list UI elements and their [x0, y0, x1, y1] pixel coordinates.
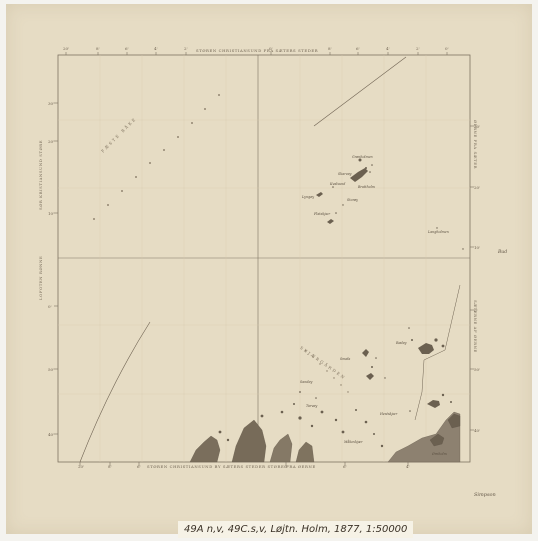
right-tick-label: 30'	[474, 124, 480, 129]
place-label: Grønholmen	[352, 155, 373, 159]
place-label: Rødøy	[396, 341, 407, 345]
place-label: Kvalsund	[330, 182, 345, 186]
left-tick-label: 20'	[48, 139, 54, 144]
right-tick-label: 50'	[474, 367, 480, 372]
course-line-lower	[80, 322, 150, 462]
top-tick-label: 6'	[125, 46, 129, 51]
place-label: Sandøy	[300, 380, 312, 384]
top-tick-label: 4'	[154, 46, 158, 51]
bottom-tick-label: 4'	[406, 464, 410, 469]
top-tick-label: 6'	[356, 46, 360, 51]
left-tick-label: 50'	[48, 367, 54, 372]
sounding-dots	[93, 94, 220, 220]
place-label: Ørnholm	[432, 452, 447, 456]
place-label: Skarvøy	[338, 172, 352, 176]
left-tick-label: 0'	[48, 304, 52, 309]
top-tick-label: 0'	[269, 46, 273, 51]
left-tick-label: 40'	[48, 432, 54, 437]
top-tick-label: 8'	[96, 46, 100, 51]
top-tick-label: 8'	[328, 46, 332, 51]
place-label: Smøla	[340, 357, 350, 361]
course-line-upper	[314, 57, 406, 126]
place-label: Tarvøy	[306, 404, 317, 408]
place-label: Hestskjær	[380, 412, 397, 416]
nautical-chart	[0, 0, 538, 541]
right-tick-label: 20'	[474, 185, 480, 190]
bottom-tick-label: 20'	[78, 464, 84, 469]
left-tick-label: 30'	[48, 101, 54, 106]
surveyor-signature: Simpson	[474, 492, 496, 498]
place-label: Langholmen	[428, 230, 449, 234]
place-label: Flatskjær	[314, 212, 330, 216]
middle-island-cluster	[362, 327, 452, 412]
top-tick-label: 20'	[63, 46, 69, 51]
right-tick-label: 0'	[474, 308, 478, 313]
left-lower-edge-label: LOFOTEN RØNNE	[38, 256, 43, 300]
place-label: Brattholm	[358, 185, 375, 189]
top-tick-label: 2'	[416, 46, 420, 51]
right-tick-label: 40'	[474, 428, 480, 433]
place-label: Lyngøy	[302, 195, 314, 199]
place-label: Måkeskjær	[344, 440, 363, 444]
catalog-caption: 49A n,v, 49C.s,v, Løjtn. Holm, 1877, 1:5…	[178, 521, 413, 538]
map-frame	[58, 55, 470, 462]
side-ticks	[54, 103, 474, 434]
top-edge-label: STØREN CHRISTIANSUND FRA SÆTERS STEDER	[196, 48, 318, 53]
east-margin-note: Bud	[498, 250, 507, 255]
bottom-tick-label: 0'	[284, 464, 288, 469]
left-upper-edge-label: SØR KRISTIANSUND STØRE	[38, 140, 43, 210]
top-tick-label: 4'	[386, 46, 390, 51]
bottom-edge-label: STØREN CHRISTIANSUND BY SÆTERS STEDER ST…	[147, 464, 316, 469]
bottom-tick-label: 8'	[108, 464, 112, 469]
faint-grid	[58, 55, 470, 462]
top-tick-label: 2'	[184, 46, 188, 51]
southern-coastline	[190, 412, 460, 462]
top-tick-label: 0'	[445, 46, 449, 51]
bottom-tick-label: 6'	[137, 464, 141, 469]
right-tick-label: 10'	[474, 245, 480, 250]
left-tick-label: 10'	[48, 211, 54, 216]
place-label: Storøy	[347, 198, 358, 202]
bottom-tick-label: 6'	[343, 464, 347, 469]
